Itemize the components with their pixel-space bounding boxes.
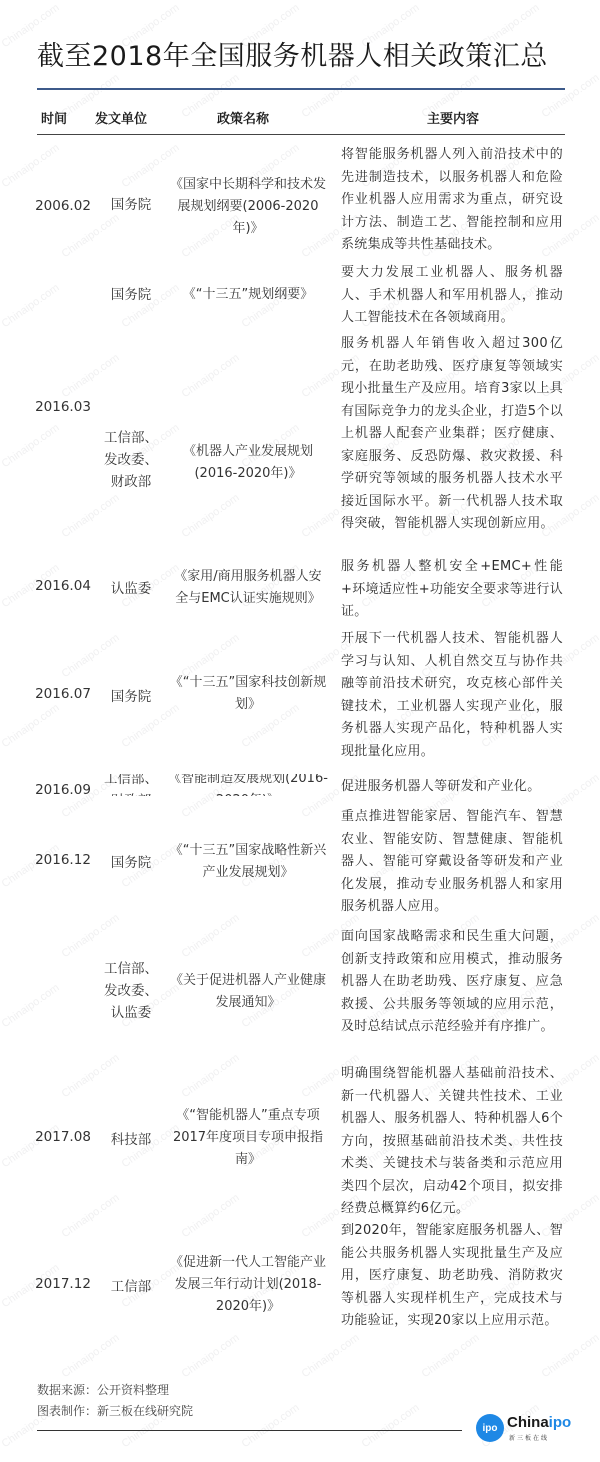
watermark-text: Chinaipo.com bbox=[180, 1332, 242, 1380]
watermark-text: Chinaipo.com bbox=[240, 1402, 302, 1450]
cell-time: 2017.12 bbox=[24, 1276, 102, 1292]
cell-time: 2016.07 bbox=[24, 686, 102, 702]
cell-policy-name: 《“智能机器人”重点专项2017年度项目专项申报指南》 bbox=[168, 1105, 328, 1171]
cell-unit: 工信部、财政部 bbox=[100, 774, 162, 796]
watermark-text: Chinaipo.com bbox=[60, 912, 122, 960]
cell-unit: 国务院 bbox=[100, 284, 162, 306]
watermark-text: Chinaipo.com bbox=[60, 492, 122, 540]
cell-time: 2006.02 bbox=[24, 198, 102, 214]
header-name: 政策名称 bbox=[217, 108, 269, 127]
watermark-text: Chinaipo.com bbox=[0, 282, 62, 330]
header-content: 主要内容 bbox=[427, 108, 479, 127]
logo-wordmark: Chinaipo bbox=[507, 1414, 571, 1431]
cell-unit: 认监委 bbox=[100, 578, 162, 600]
cell-content: 面向国家战略需求和民生重大问题，创新支持政策和应用模式，推动服务机器人在助老助残… bbox=[341, 926, 563, 1039]
cell-content: 要大力发展工业机器人、服务机器人、手术机器人和军用机器人，推动人工智能技术在各领… bbox=[341, 262, 563, 330]
cell-time: 2017.08 bbox=[24, 1129, 102, 1145]
footer-notes: 数据来源：公开资料整理 图表制作：新三板在线研究院 bbox=[37, 1380, 193, 1422]
cell-time: 2016.12 bbox=[24, 852, 102, 868]
page-title: 截至2018年全国服务机器人相关政策汇总 bbox=[37, 34, 548, 73]
watermark-text: Chinaipo.com bbox=[180, 912, 242, 960]
watermark-text: Chinaipo.com bbox=[180, 1192, 242, 1240]
cell-policy-name: 《家用/商用服务机器人安全与EMC认证实施规则》 bbox=[168, 566, 328, 610]
cell-content: 明确围绕智能机器人基础前沿技术、新一代机器人、关键共性技术、工业机器人、服务机器… bbox=[341, 1063, 563, 1221]
logo-badge-icon: ipo bbox=[476, 1414, 504, 1442]
cell-unit: 工信部、发改委、认监委 bbox=[100, 958, 162, 1024]
watermark-text: Chinaipo.com bbox=[60, 632, 122, 680]
cell-policy-name: 《“十三五”国家科技创新规划》 bbox=[168, 672, 328, 716]
watermark-text: Chinaipo.com bbox=[60, 1192, 122, 1240]
header-time: 时间 bbox=[41, 108, 67, 127]
watermark-text: Chinaipo.com bbox=[60, 1052, 122, 1100]
header-unit: 发文单位 bbox=[95, 108, 147, 127]
cell-unit-text: 工信部、财政部 bbox=[100, 774, 162, 796]
watermark-text: Chinaipo.com bbox=[0, 422, 62, 470]
cell-unit: 工信部 bbox=[100, 1276, 162, 1298]
cell-content: 开展下一代机器人技术、智能机器人学习与认知、人机自然交互与协作共融等前沿技术研究… bbox=[341, 628, 563, 763]
cell-policy-name: 《促进新一代人工智能产业发展三年行动计划(2018-2020年)》 bbox=[168, 1252, 328, 1318]
cell-content: 将智能服务机器人列入前沿技术中的先进制造技术，以服务机器人和危险作业机器人应用需… bbox=[341, 144, 563, 257]
cell-time: 2016.04 bbox=[24, 578, 102, 594]
logo-subtitle: 新三板在线 bbox=[509, 1433, 549, 1442]
cell-unit: 国务院 bbox=[100, 686, 162, 708]
cell-unit: 科技部 bbox=[100, 1129, 162, 1151]
watermark-text: Chinaipo.com bbox=[60, 1332, 122, 1380]
cell-time: 2016.09 bbox=[24, 782, 102, 798]
cell-content: 服务机器人年销售收入超过300亿元，在助老助残、医疗康复等领域实现小批量生产及应… bbox=[341, 333, 563, 536]
watermark-text: Chinaipo.com bbox=[0, 982, 62, 1030]
cell-policy-name: 《关于促进机器人产业健康发展通知》 bbox=[168, 970, 328, 1014]
watermark-text: Chinaipo.com bbox=[540, 1332, 600, 1380]
logo-text-main: China bbox=[507, 1414, 549, 1431]
cell-policy-name: 《智能制造发展规划(2016-2020年)》 bbox=[168, 774, 328, 796]
watermark-text: Chinaipo.com bbox=[60, 352, 122, 400]
watermark-text: Chinaipo.com bbox=[0, 142, 62, 190]
watermark-text: Chinaipo.com bbox=[420, 1332, 482, 1380]
watermark-text: Chinaipo.com bbox=[300, 1332, 362, 1380]
watermark-text: Chinaipo.com bbox=[0, 702, 62, 750]
cell-content: 服务机器人整机安全+EMC+性能+环境适应性+功能安全要求等进行认证。 bbox=[341, 556, 563, 624]
logo-text-accent: ipo bbox=[549, 1414, 572, 1431]
cell-time: 2016.03 bbox=[24, 399, 102, 415]
chinaipo-logo: ipo Chinaipo 新三板在线 bbox=[476, 1412, 576, 1448]
watermark-text: Chinaipo.com bbox=[60, 212, 122, 260]
cell-unit: 工信部、发改委、财政部 bbox=[100, 427, 162, 493]
cell-unit: 国务院 bbox=[100, 852, 162, 874]
cell-unit: 国务院 bbox=[100, 194, 162, 216]
data-source: 数据来源：公开资料整理 bbox=[37, 1380, 193, 1401]
title-divider bbox=[37, 88, 565, 90]
cell-content: 促进服务机器人等研发和产业化。 bbox=[341, 776, 563, 799]
cell-policy-name: 《国家中长期科学和技术发展规划纲要(2006-2020年)》 bbox=[168, 174, 328, 240]
cell-policy-name: 《机器人产业发展规划(2016-2020年)》 bbox=[168, 441, 328, 485]
watermark-text: Chinaipo.com bbox=[180, 352, 242, 400]
cell-content: 到2020年，智能家庭服务机器人、智能公共服务机器人实现批量生产及应用，医疗康复… bbox=[341, 1220, 563, 1333]
watermark-text: Chinaipo.com bbox=[180, 492, 242, 540]
table-header: 时间 发文单位 政策名称 主要内容 bbox=[37, 96, 565, 136]
watermark-text: Chinaipo.com bbox=[360, 1402, 422, 1450]
chart-credit: 图表制作：新三板在线研究院 bbox=[37, 1401, 193, 1422]
cell-policy-name: 《“十三五”规划纲要》 bbox=[168, 284, 328, 306]
header-divider bbox=[37, 134, 565, 135]
footer-divider bbox=[37, 1430, 462, 1431]
cell-policy-name: 《“十三五”国家战略性新兴产业发展规划》 bbox=[168, 840, 328, 884]
cell-content: 重点推进智能家居、智能汽车、智慧农业、智能安防、智慧健康、智能机器人、智能可穿戴… bbox=[341, 806, 563, 919]
cell-policy-name-text: 《智能制造发展规划(2016-2020年)》 bbox=[168, 774, 328, 796]
watermark-text: Chinaipo.com bbox=[180, 1052, 242, 1100]
